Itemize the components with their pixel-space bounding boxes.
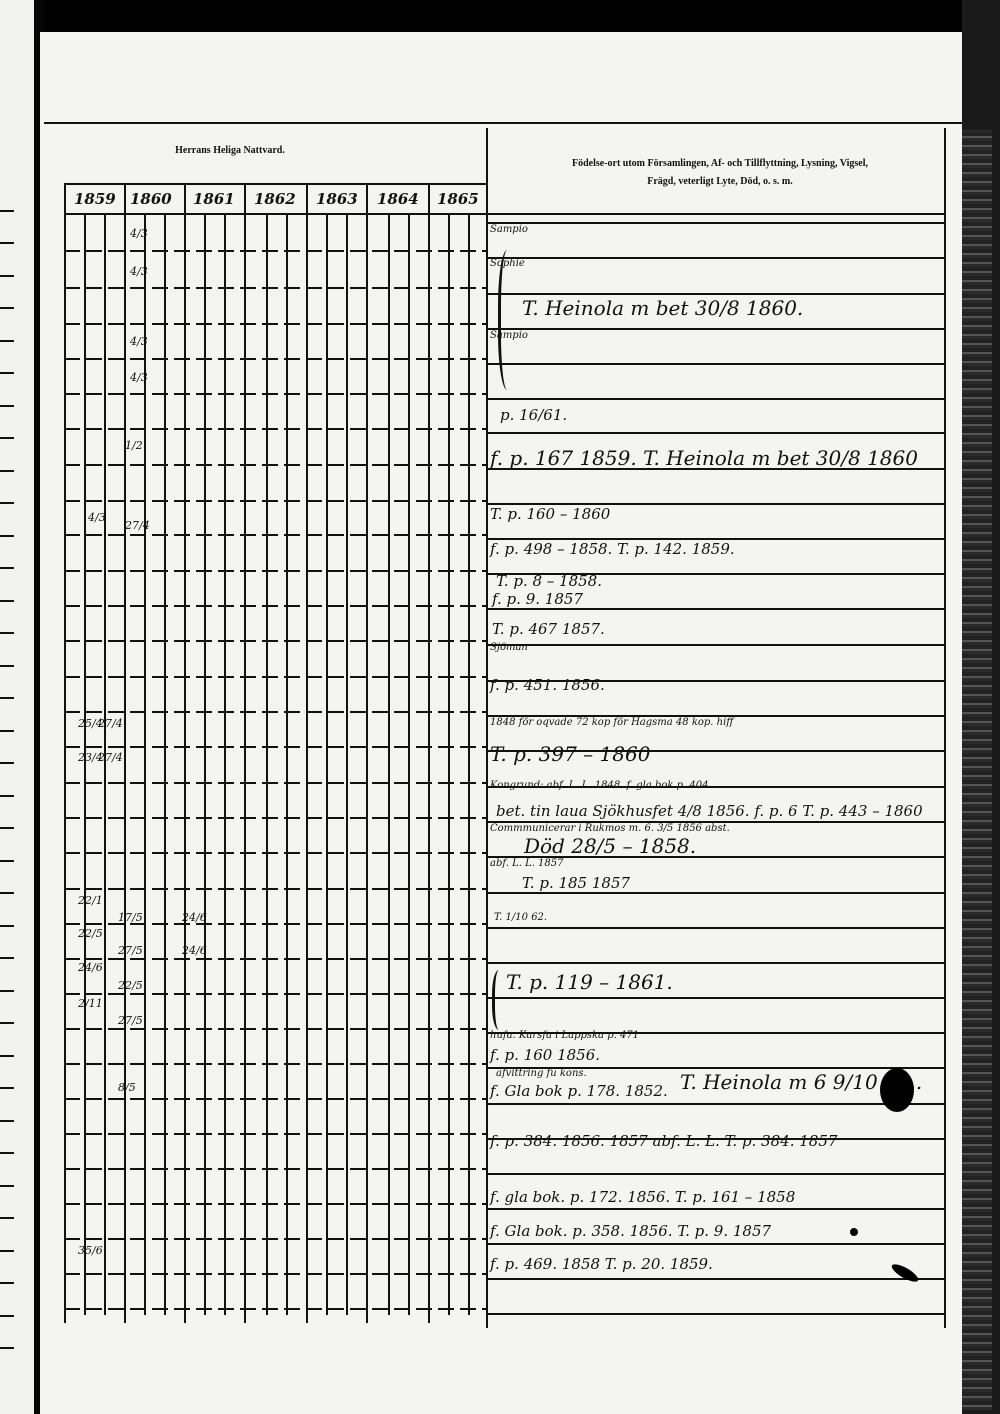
sub-col (204, 215, 206, 1315)
annotation: T. p. 467 1857. (492, 620, 605, 638)
annotation: f. p. 384. 1856. 1857 abf. L. L. T. p. 3… (490, 1132, 837, 1150)
section-divider (486, 128, 488, 1328)
annotation: Död 28/5 – 1858. (524, 834, 696, 858)
communion-mark: 24/6 (182, 912, 207, 923)
annotation: 1848 för oqvade 72 kop för Hagsma 48 kop… (490, 717, 733, 728)
year-sep (124, 183, 126, 1323)
annotation: Sophie (490, 258, 525, 269)
communion-mark: 24/6 (78, 962, 103, 973)
annotation: f. p. 9. 1857 (492, 590, 583, 608)
communion-mark: 8/5 (118, 1082, 136, 1093)
ink-blot (850, 1228, 858, 1236)
right-border (944, 128, 946, 1328)
year-header-1865: 1865 (437, 190, 479, 208)
communion-mark: 27/5 (118, 1015, 143, 1026)
annotation: f. p. 469. 1858 T. p. 20. 1859. (490, 1255, 713, 1273)
sub-col (468, 215, 470, 1315)
annotation: Sampio (490, 330, 528, 341)
annotation: T. 1/10 62. (494, 912, 547, 923)
sub-col (326, 215, 328, 1315)
sub-col (346, 215, 348, 1315)
year-header-1860: 1860 (130, 190, 172, 208)
sub-col (164, 215, 166, 1315)
sub-col (388, 215, 390, 1315)
annotation: f. Gla bok p. 178. 1852. (490, 1082, 668, 1100)
annotation: f. p. 498 – 1858. T. p. 142. 1859. (490, 540, 735, 558)
communion-mark: 4/3 (130, 336, 148, 347)
annotation: T. Heinola m bet 30/8 1860. (522, 296, 803, 320)
sub-col (408, 215, 410, 1315)
communion-mark: 27/5 (118, 945, 143, 956)
sub-col (448, 215, 450, 1315)
year-header-1864: 1864 (377, 190, 419, 208)
year-sep (306, 183, 308, 1323)
annotation: Commmunicerar i Rukmos m. 6. 3/5 1856 ab… (490, 823, 730, 834)
communion-mark: 17/5 (118, 912, 143, 923)
ink-blot (880, 1068, 914, 1112)
year-header-top-rule (64, 183, 486, 185)
year-header-1859: 1859 (74, 190, 116, 208)
sub-col (104, 215, 106, 1315)
communion-mark: 22/1 (78, 895, 103, 906)
annotation: f. p. 167 1859. T. Heinola m bet 30/8 18… (490, 446, 918, 470)
communion-mark: 24/6 (182, 945, 207, 956)
communion-mark: 4/3 (130, 228, 148, 239)
sub-col (84, 215, 86, 1315)
communion-mark: 1/2 (125, 440, 143, 451)
communion-mark: 27/4 (98, 752, 123, 763)
left-border (64, 183, 66, 1323)
communion-section-title: Herrans Heliga Nattvard. (150, 145, 310, 156)
communion-mark: 27/4 (98, 718, 123, 729)
year-header-1861: 1861 (193, 190, 235, 208)
communion-mark: 27/4 (125, 520, 150, 531)
communion-mark: 22/5 (78, 928, 103, 939)
sub-col (286, 215, 288, 1315)
year-header-bottom-rule (64, 213, 944, 215)
sub-col (224, 215, 226, 1315)
annotation: f. Gla bok. p. 358. 1856. T. p. 9. 1857 (490, 1222, 771, 1240)
year-sep (244, 183, 246, 1323)
annotation: Sjöman (490, 642, 528, 653)
annotation: f. p. 160 1856. (490, 1046, 600, 1064)
annotation: T. p. 185 1857 (522, 874, 630, 892)
annotation: T. p. 397 – 1860 (490, 742, 650, 766)
communion-mark: 22/5 (118, 980, 143, 991)
year-sep (184, 183, 186, 1323)
year-header-1862: 1862 (254, 190, 296, 208)
communion-mark: 4/3 (130, 372, 148, 383)
page-edge-right (962, 0, 1000, 1414)
annotation: f. p. 451. 1856. (490, 676, 605, 694)
header-top-rule (44, 122, 962, 124)
annotation: T. p. 8 – 1858. (496, 572, 602, 590)
annotation: hufa. Karsfa i Lappska p. 471 (490, 1030, 639, 1041)
year-sep (428, 183, 430, 1323)
adjacent-page-edge (0, 0, 34, 1414)
sub-col (266, 215, 268, 1315)
annotation: afvittring fu kons. (496, 1068, 587, 1079)
annotation: T. p. 160 – 1860 (490, 505, 610, 523)
bracket-mark (498, 250, 521, 390)
communion-mark: 4/3 (88, 512, 106, 523)
communion-mark: 4/3 (130, 266, 148, 277)
annotation: f. gla bok. p. 172. 1856. T. p. 161 – 18… (490, 1188, 795, 1206)
communion-mark: 2/11 (78, 998, 103, 1009)
annotation: Sampio (490, 224, 528, 235)
remarks-section-title: Födelse-ort utom Församlingen, Af- och T… (500, 155, 940, 191)
annotation: p. 16/61. (500, 406, 567, 424)
annotation: Kongrund: abf. L. L. 1848. f. gla bok p.… (490, 780, 712, 791)
year-sep (366, 183, 368, 1323)
annotation: T. p. 119 – 1861. (506, 970, 673, 994)
annotation: abf. L. L. 1857 (490, 858, 564, 869)
annotation: bet. tin laua Sjökhusfet 4/8 1856. f. p.… (496, 802, 923, 820)
year-header-1863: 1863 (316, 190, 358, 208)
communion-mark: 35/6 (78, 1245, 103, 1256)
